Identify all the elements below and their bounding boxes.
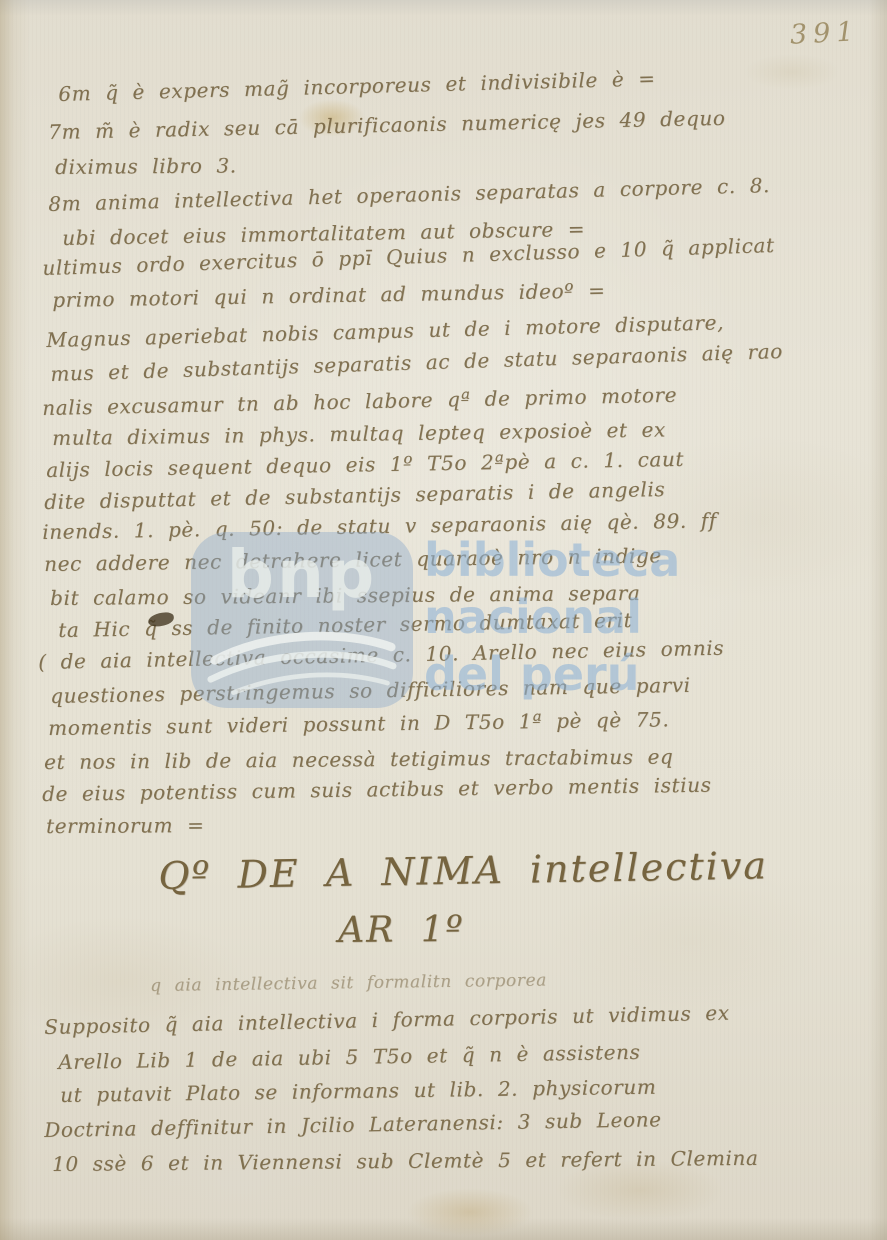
bnp-label-line: biblioteca [424, 532, 680, 589]
bnp-label-line: nacional [424, 589, 680, 646]
manuscript-line: diximus libro 3. [55, 153, 237, 179]
manuscript-scan: 391 6m q̃ è expers mag̃ incorporeus et i… [0, 0, 887, 1240]
bnp-logo: bnp [191, 532, 413, 708]
swoosh-icon [197, 628, 405, 704]
bnp-label-line: del perú [424, 646, 680, 703]
article-heading: AR 1º [338, 909, 465, 951]
folio-number: 391 [789, 16, 860, 51]
bnp-watermark-label: biblioteca nacional del perú [424, 532, 680, 703]
bnp-logo-text: bnp [191, 542, 413, 608]
manuscript-line: terminorum = [46, 813, 205, 838]
